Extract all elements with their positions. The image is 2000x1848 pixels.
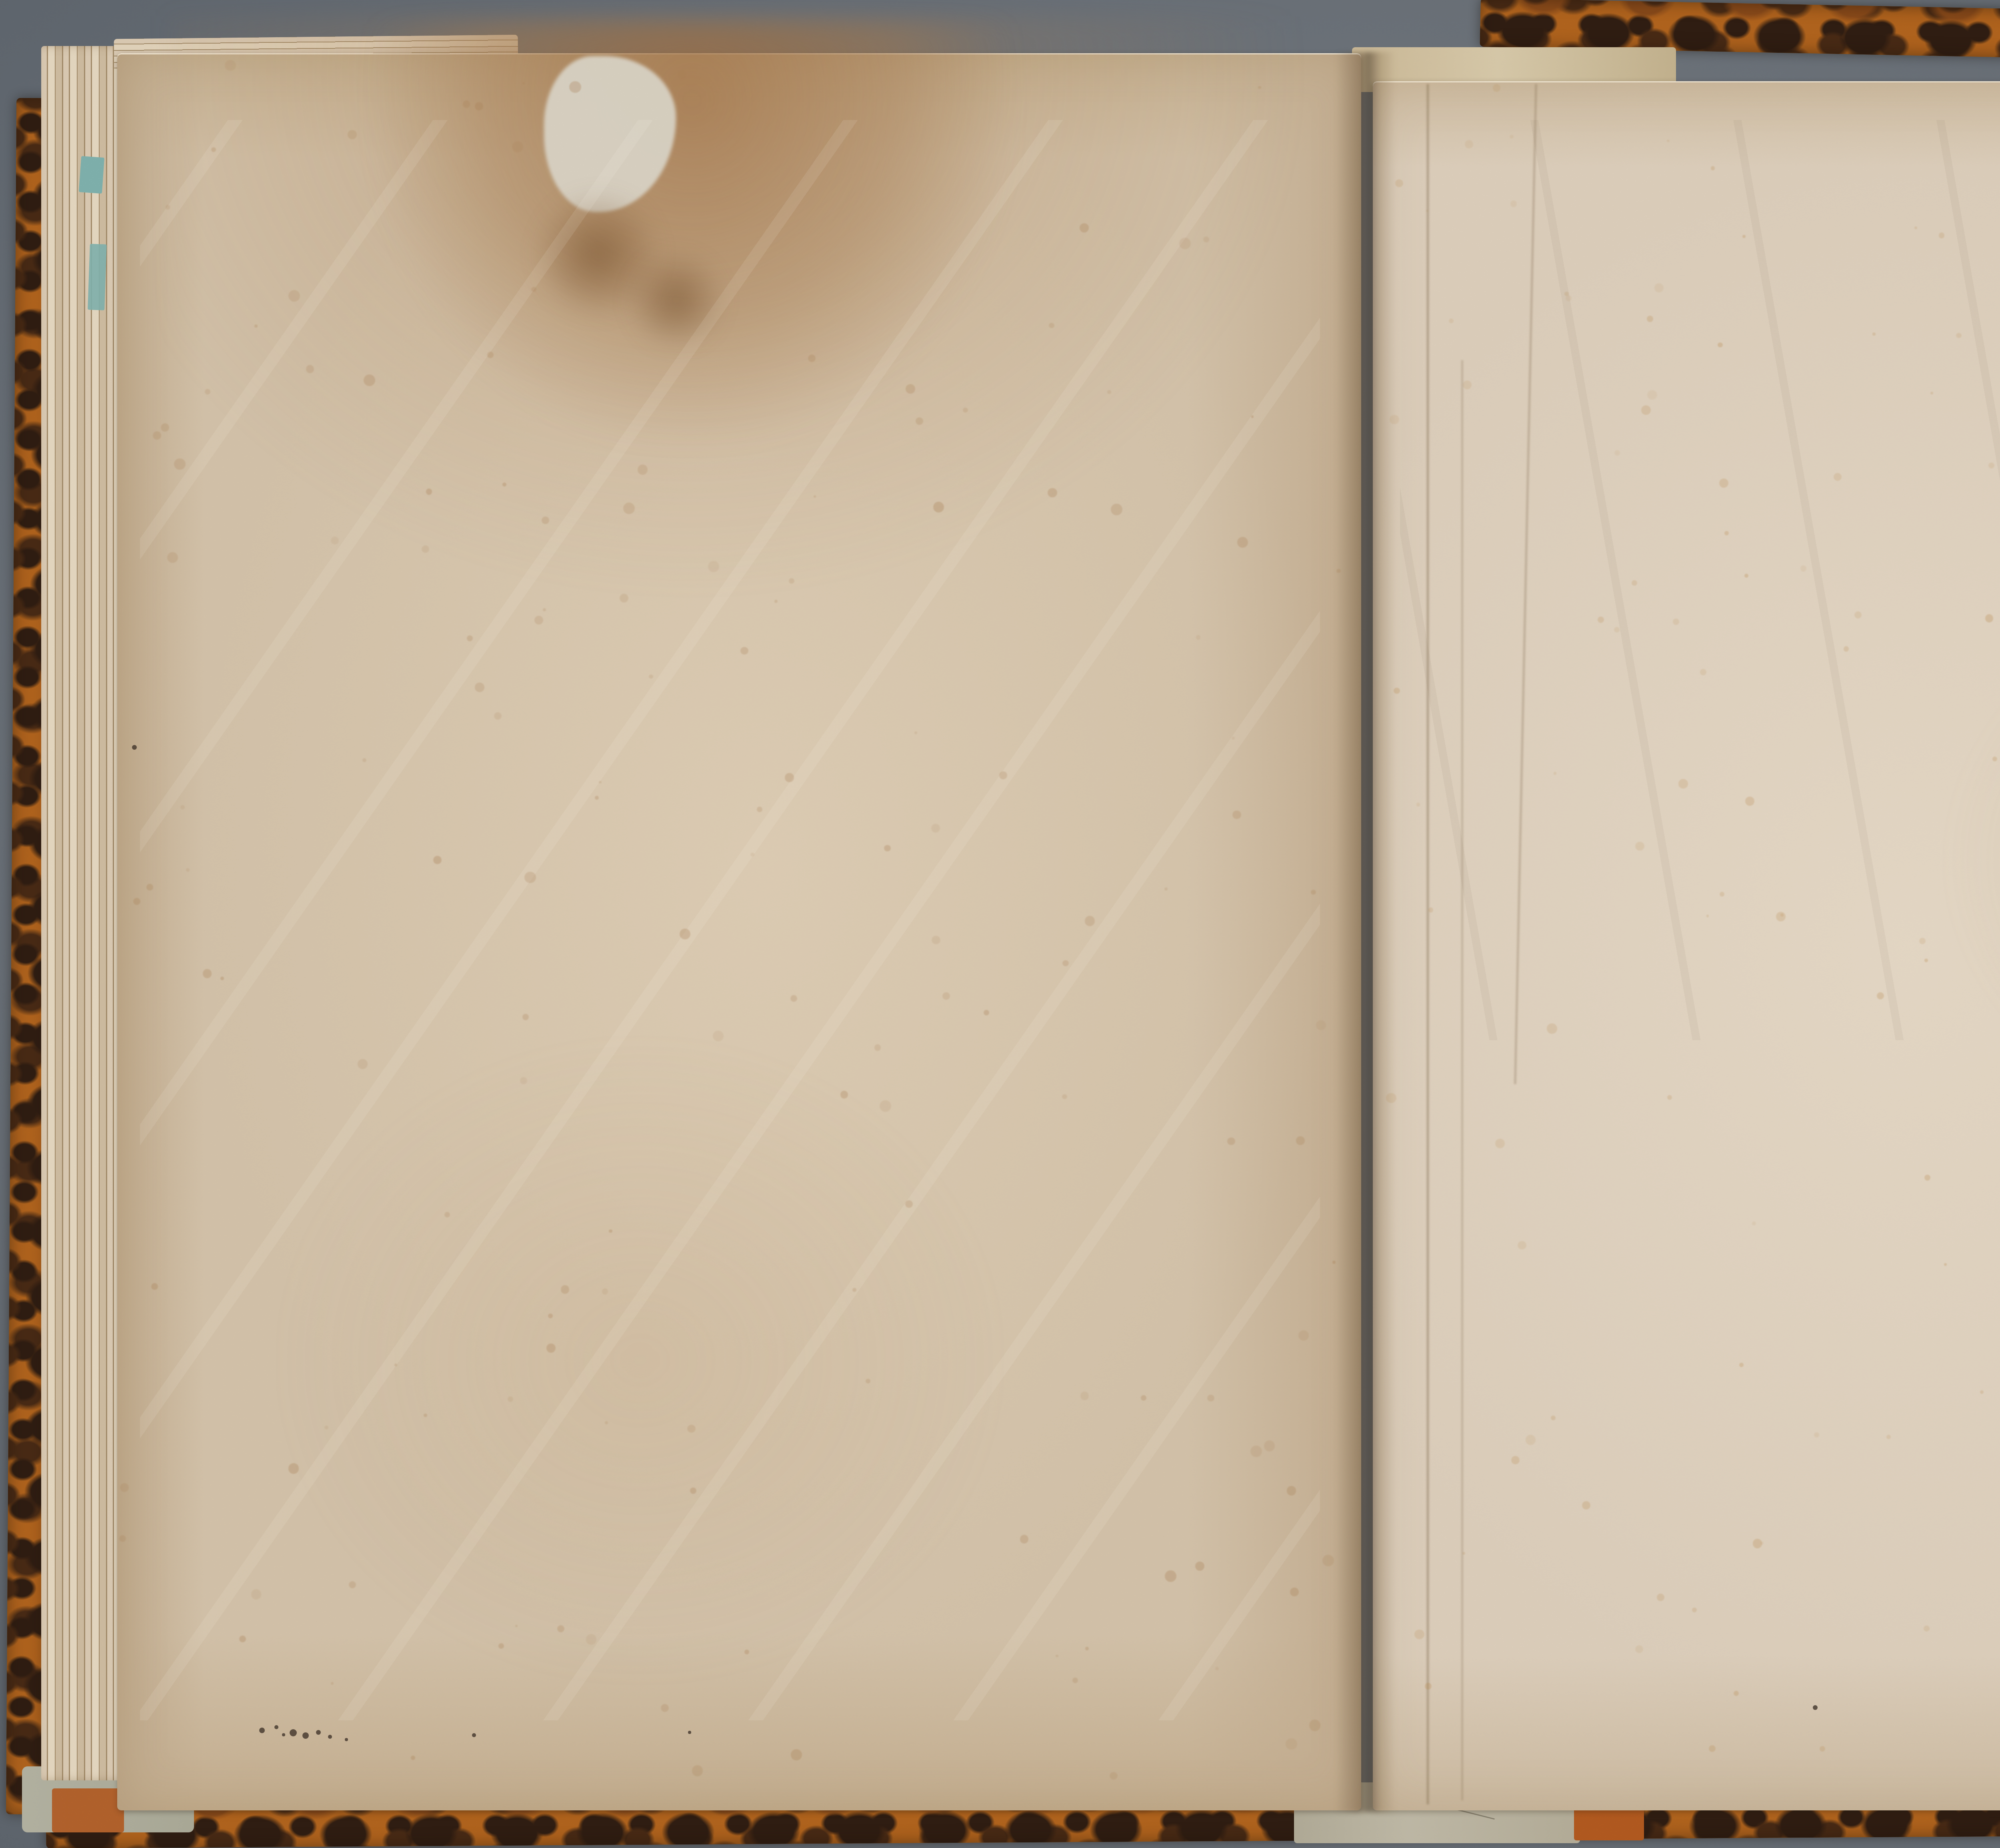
paper-grain-overlay [0, 0, 2000, 1848]
photo-backdrop [0, 0, 2000, 1848]
